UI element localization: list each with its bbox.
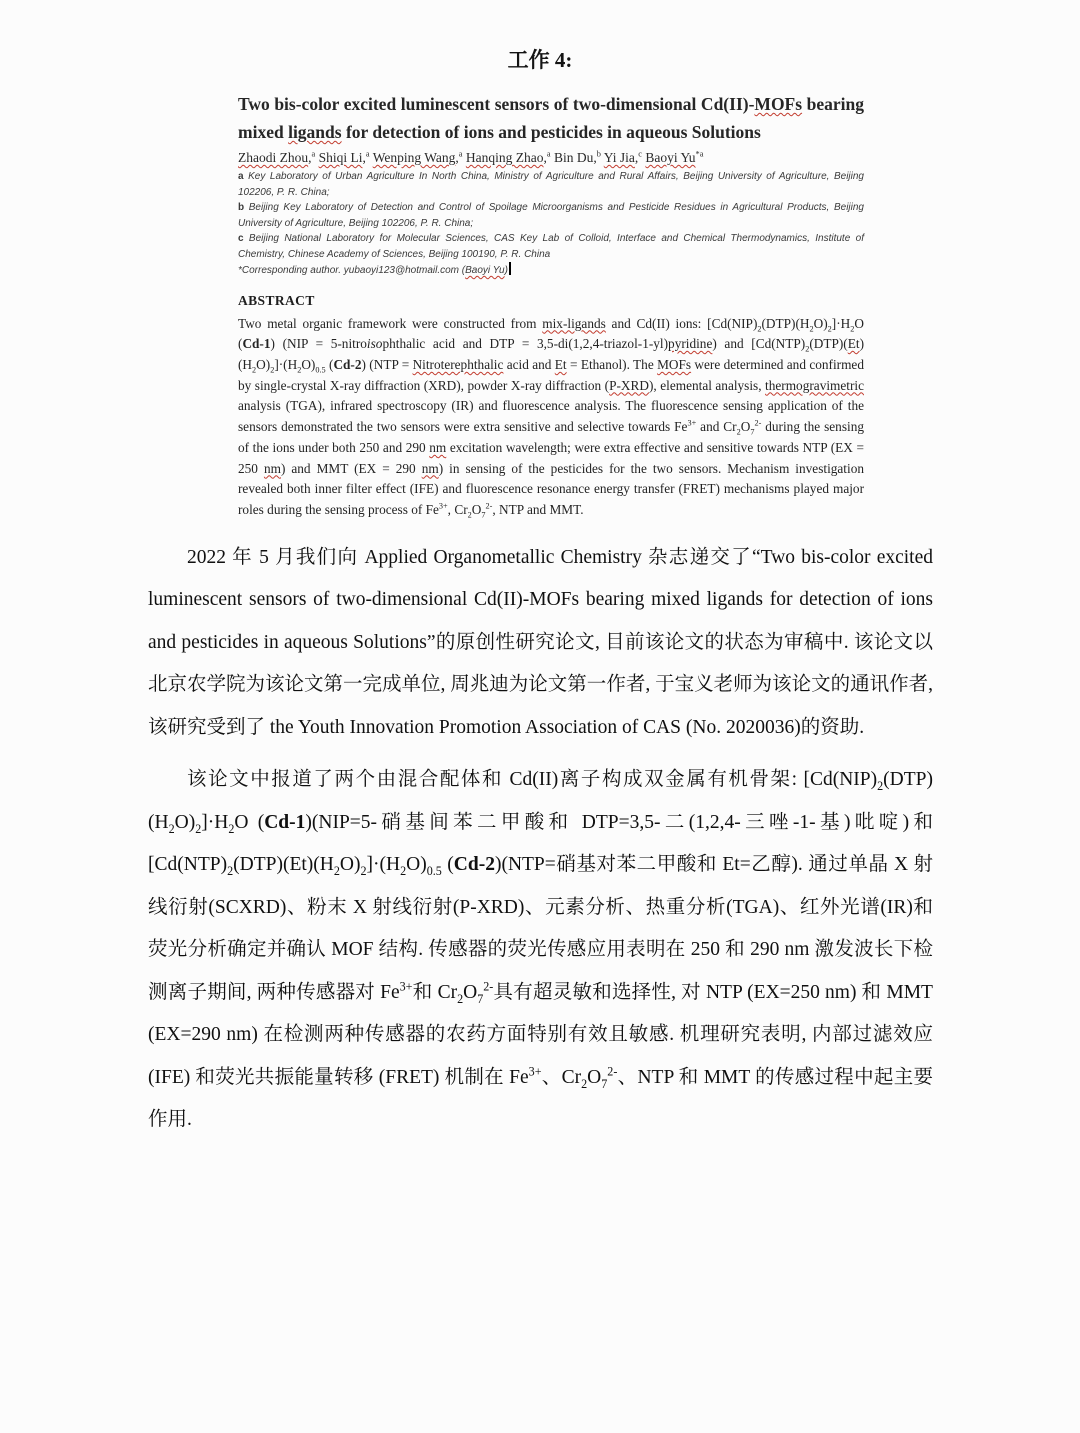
paper-title[interactable]: Two bis-color excited luminescent sensor… [238, 90, 864, 146]
spellcheck-underline: thermogravimetric [765, 378, 864, 393]
summary-paragraph-1[interactable]: 2022 年 5 月我们向 Applied Organometallic Che… [148, 537, 933, 750]
abstract-text[interactable]: Two metal organic framework were constru… [238, 314, 864, 521]
embedded-paper-screenshot: Two bis-color excited luminescent sensor… [238, 90, 864, 521]
spellcheck-underline: ligands [288, 122, 342, 142]
paper-affiliations: a Key Laboratory of Urban Agriculture In… [238, 169, 864, 279]
spellcheck-underline: P-XRD [609, 378, 649, 393]
abstract-heading: ABSTRACT [238, 293, 864, 309]
affiliation-line-c[interactable]: c Beijing National Laboratory for Molecu… [238, 231, 864, 262]
spellcheck-underline: nm [429, 440, 446, 455]
spellcheck-underline: Hanqing Zhao [466, 150, 544, 165]
affiliation-line-a[interactable]: a Key Laboratory of Urban Agriculture In… [238, 169, 864, 200]
spellcheck-underline: Et [848, 336, 860, 351]
spellcheck-underline: MOFs [754, 94, 802, 114]
spellcheck-underline: pyridine [668, 336, 712, 351]
spellcheck-underline: Wenping Wang [373, 150, 456, 165]
summary-paragraph-2[interactable]: 该论文中报道了两个由混合配体和 Cd(II)离子构成双金属有机骨架: [Cd(N… [148, 759, 933, 1142]
spellcheck-underline: nm [264, 461, 281, 476]
affiliation-line-b[interactable]: b Beijing Key Laboratory of Detection an… [238, 200, 864, 231]
document-page: 工作 4: Two bis-color excited luminescent … [0, 0, 1080, 1433]
corresponding-author-line[interactable]: *Corresponding author. yubaoyi123@hotmai… [238, 262, 864, 279]
paper-authors[interactable]: Zhaodi Zhou,a Shiqi Li,a Wenping Wang,a … [238, 150, 864, 166]
chinese-summary: 2022 年 5 月我们向 Applied Organometallic Che… [148, 537, 933, 1142]
text-cursor [509, 262, 511, 275]
spellcheck-underline: Shiqi Li [319, 150, 363, 165]
spellcheck-underline: nm [422, 461, 439, 476]
spellcheck-underline: Yi Jia [604, 150, 635, 165]
section-heading: 工作 4: [0, 0, 1080, 74]
spellcheck-underline: Baoyi Yu [645, 150, 695, 165]
spellcheck-underline: Nitroterephthalic [413, 357, 504, 372]
spellcheck-underline: MOFs [657, 357, 691, 372]
spellcheck-underline: mix-ligands [542, 316, 606, 331]
spellcheck-underline: Zhaodi Zhou [238, 150, 308, 165]
spellcheck-underline: Baoyi Yu [465, 265, 504, 276]
spellcheck-underline: Et [555, 357, 567, 372]
